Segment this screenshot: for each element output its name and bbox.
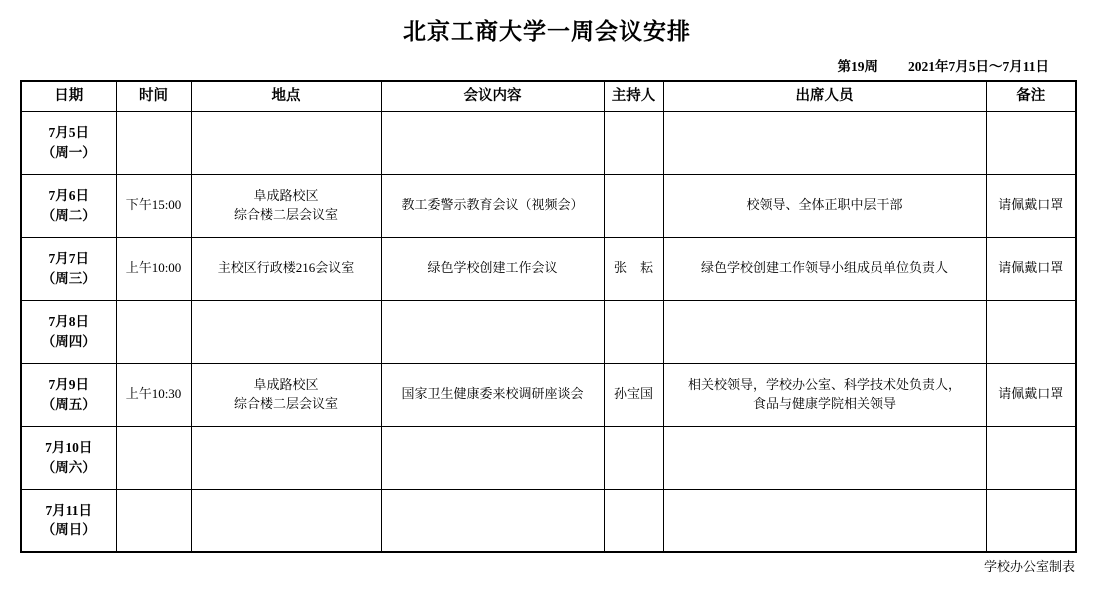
cell-time [116,111,191,174]
subtitle-line: 第19周2021年7月5日～7月11日 [20,55,1075,75]
table-row: 7月11日 （周日） [21,489,1076,552]
cell-remark: 请佩戴口罩 [986,363,1076,426]
cell-date: 7月6日 （周二） [21,174,116,237]
cell-date: 7月5日 （周一） [21,111,116,174]
cell-location [191,489,381,552]
weekday-text: （周六） [26,458,112,478]
cell-content: 国家卫生健康委来校调研座谈会 [381,363,604,426]
cell-attendees [663,300,986,363]
cell-location [191,111,381,174]
date-range: 2021年7月5日～7月11日 [908,59,1049,74]
cell-remark [986,111,1076,174]
header-location: 地点 [191,81,381,111]
weekday-text: （周二） [26,206,112,226]
cell-location [191,426,381,489]
cell-attendees: 绿色学校创建工作领导小组成员单位负责人 [663,237,986,300]
cell-host: 张 耘 [604,237,663,300]
cell-attendees [663,489,986,552]
cell-date: 7月11日 （周日） [21,489,116,552]
cell-host: 孙宝国 [604,363,663,426]
table-row: 7月10日 （周六） [21,426,1076,489]
header-attendees: 出席人员 [663,81,986,111]
weekday-text: （周一） [26,143,112,163]
weekday-text: （周日） [26,520,112,540]
cell-attendees [663,426,986,489]
cell-remark [986,489,1076,552]
header-host: 主持人 [604,81,663,111]
cell-content [381,111,604,174]
table-row: 7月7日 （周三） 上午10:00 主校区行政楼216会议室 绿色学校创建工作会… [21,237,1076,300]
header-row: 日期 时间 地点 会议内容 主持人 出席人员 备注 [21,81,1076,111]
cell-date: 7月10日 （周六） [21,426,116,489]
weekday-text: （周三） [26,269,112,289]
cell-remark [986,426,1076,489]
cell-attendees: 相关校领导，学校办公室、科学技术处负责人， 食品与健康学院相关领导 [663,363,986,426]
date-text: 7月10日 [26,438,112,458]
cell-host [604,174,663,237]
cell-content: 绿色学校创建工作会议 [381,237,604,300]
document: 北京工商大学一周会议安排 第19周2021年7月5日～7月11日 日期 时间 地… [0,0,1094,605]
cell-date: 7月7日 （周三） [21,237,116,300]
cell-time: 上午10:30 [116,363,191,426]
page-title: 北京工商大学一周会议安排 [0,0,1094,46]
cell-time: 上午10:00 [116,237,191,300]
cell-remark: 请佩戴口罩 [986,174,1076,237]
cell-attendees [663,111,986,174]
cell-host [604,426,663,489]
footer-credit: 学校办公室制表 [20,556,1075,575]
cell-location: 主校区行政楼216会议室 [191,237,381,300]
cell-time [116,489,191,552]
cell-time: 下午15:00 [116,174,191,237]
week-label: 第19周 [837,59,878,74]
date-text: 7月11日 [26,501,112,521]
cell-content: 教工委警示教育会议（视频会） [381,174,604,237]
cell-location: 阜成路校区 综合楼二层会议室 [191,174,381,237]
header-date: 日期 [21,81,116,111]
table-row: 7月6日 （周二） 下午15:00 阜成路校区 综合楼二层会议室 教工委警示教育… [21,174,1076,237]
cell-location [191,300,381,363]
cell-location: 阜成路校区 综合楼二层会议室 [191,363,381,426]
cell-host [604,111,663,174]
cell-content [381,489,604,552]
table-row: 7月5日 （周一） [21,111,1076,174]
cell-attendees: 校领导、全体正职中层干部 [663,174,986,237]
header-content: 会议内容 [381,81,604,111]
cell-time [116,426,191,489]
cell-remark: 请佩戴口罩 [986,237,1076,300]
cell-host [604,489,663,552]
table-row: 7月9日 （周五） 上午10:30 阜成路校区 综合楼二层会议室 国家卫生健康委… [21,363,1076,426]
date-text: 7月9日 [26,375,112,395]
cell-remark [986,300,1076,363]
date-text: 7月6日 [26,186,112,206]
date-text: 7月8日 [26,312,112,332]
weekday-text: （周四） [26,332,112,352]
cell-date: 7月9日 （周五） [21,363,116,426]
header-time: 时间 [116,81,191,111]
cell-host [604,300,663,363]
header-remark: 备注 [986,81,1076,111]
table-row: 7月8日 （周四） [21,300,1076,363]
weekday-text: （周五） [26,395,112,415]
cell-content [381,300,604,363]
cell-content [381,426,604,489]
date-text: 7月7日 [26,249,112,269]
cell-date: 7月8日 （周四） [21,300,116,363]
date-text: 7月5日 [26,123,112,143]
cell-time [116,300,191,363]
meeting-schedule-table: 日期 时间 地点 会议内容 主持人 出席人员 备注 7月5日 （周一） 7月6日… [20,80,1077,553]
